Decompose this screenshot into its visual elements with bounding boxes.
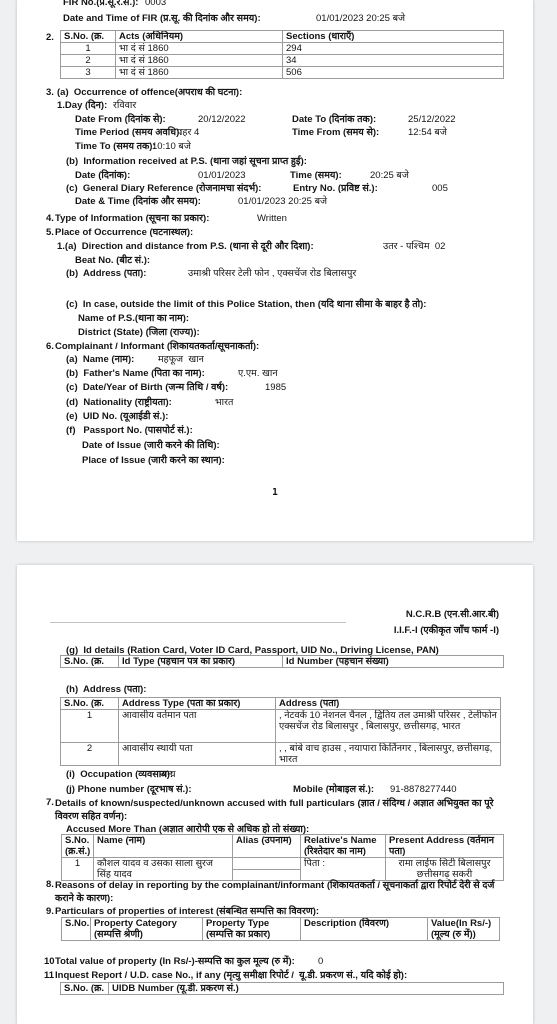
table-cell: 34 (283, 55, 504, 67)
col-header-sno: S.No. (क्र. (61, 983, 109, 995)
ps-name-label: Name of P.S.(थाना का नाम): (78, 313, 189, 324)
occurrence-heading: (a) Occurrence of offence(अपराध की घटना)… (57, 87, 242, 98)
col-header-id-type: Id Type (पहचान पत्र का प्रकार) (119, 656, 283, 668)
entry-no-label: Entry No. (प्रविष्ट सं.): (293, 183, 378, 194)
outside-limit-heading: (c) In case, outside the limit of this P… (66, 299, 426, 310)
col-header-value: Value(In Rs/-) (मूल्य (रु में)) (428, 918, 500, 941)
accused-details-heading: Details of known/suspected/unknown accus… (55, 797, 507, 823)
id-details-table: S.No. (क्र. Id Type (पहचान पत्र का प्रका… (60, 655, 504, 668)
page-number: 1 (17, 487, 533, 498)
table-cell: , नेटवर्क 10 नेशनल चैनल , द्वितिय तल उमा… (276, 710, 501, 743)
table-row: 2 आवासीय स्थायी पता , , बांबे वाच हाउस ,… (61, 743, 501, 766)
section-8-number: 8. (46, 879, 54, 890)
accused-table: S.No. (क्र.सं.) Name (नाम) Alias (उपनाम)… (61, 834, 504, 881)
table-cell: 3 (61, 67, 116, 79)
phone-label: (j) Phone number (दूरभाष सं.): (66, 784, 192, 795)
table-row: 2 भा दं सं 1860 34 (61, 55, 504, 67)
col-header-acts: Acts (अधिनियम) (116, 31, 283, 43)
table-cell: 2 (61, 743, 119, 766)
time-to-label: Time To (समय तक): (75, 141, 156, 152)
time-period-label: Time Period (समय अवधि): (75, 127, 182, 138)
time-received-value: 20:25 बजे (370, 170, 409, 181)
fir-datetime-label: Date and Time of FIR (प्र.सू. की दिनांक … (63, 13, 261, 24)
address-label: (b) Address (पता): (66, 268, 146, 279)
complainant-heading: Complainant / Informant (शिकायतकर्ता/सूच… (55, 341, 259, 352)
fir-datetime-value: 01/01/2023 20:25 बजे (316, 13, 405, 24)
nationality-label: (d) Nationality (राष्ट्रीयता): (66, 397, 172, 408)
table-cell: 506 (283, 67, 504, 79)
gd-reference-heading: (c) General Diary Reference (रोजनामचा सं… (66, 183, 261, 194)
address-section-heading: (h) Address (पता): (66, 684, 146, 695)
total-value-amount: 0 (318, 956, 323, 967)
info-type-value: Written (257, 213, 287, 224)
fir-no-value: 0003 (145, 0, 166, 8)
header-divider (50, 622, 346, 623)
col-header-sno: S.No. (62, 918, 91, 941)
col-header-property-type: Property Type (सम्पत्ति का प्रकार) (203, 918, 301, 941)
date-from-value: 20/12/2022 (198, 114, 246, 125)
ncrb-header: N.C.R.B (एन.सी.आर.बी) (17, 609, 499, 620)
col-header-alias: Alias (उपनाम) (233, 835, 301, 858)
info-received-heading: (b) Information received at P.S. (थाना ज… (66, 156, 307, 167)
section-6-number: 6. (46, 341, 54, 352)
table-row: 1 भा दं सं 1860 294 (61, 43, 504, 55)
table-header-row: S.No. (क्र. UIDB Number (यू.डी. प्रकरण स… (61, 983, 504, 995)
mobile-value: 91-8878277440 (390, 784, 457, 795)
col-header-sno: S.No. (क्र. (61, 31, 116, 43)
col-header-address: Address (पता) (276, 698, 501, 710)
day-value: रविवार (113, 100, 136, 111)
table-cell: आवासीय वर्तमान पता (119, 710, 276, 743)
table-cell: 1 (62, 858, 94, 881)
address-table: S.No. (क्र. Address Type (पता का प्रकार)… (60, 697, 501, 766)
table-cell: रामा लाईफ सिटी बिलासपुर छत्तीसगढ़ सकरी (386, 858, 504, 881)
entry-no-value: 005 (432, 183, 448, 194)
table-row: 1 आवासीय वर्तमान पता , नेटवर्क 10 नेशनल … (61, 710, 501, 743)
table-cell: 1 (61, 710, 119, 743)
col-header-description: Description (विवरण) (301, 918, 428, 941)
col-header-address-type: Address Type (पता का प्रकार) (119, 698, 276, 710)
father-name-label: (b) Father's Name (पिता का नाम): (66, 368, 205, 379)
place-heading: Place of Occurrence (घटनास्थल): (55, 227, 193, 238)
table-cell: भा दं सं 1860 (116, 55, 283, 67)
section-2-number: 2. (46, 32, 54, 43)
iif-header: I.I.F.-I (एकीकृत जाँच फार्म -I) (17, 625, 499, 636)
time-from-label: Time From (समय से): (292, 127, 379, 138)
col-header-sections: Sections (धाराएँ) (283, 31, 504, 43)
direction-value: उतर - पश्चिम 02 (383, 241, 445, 252)
mobile-label: Mobile (मोबाइल सं.): (293, 784, 374, 795)
table-cell: भा दं सं 1860 (116, 67, 283, 79)
col-header-sno: S.No. (क्र. (61, 698, 119, 710)
date-received-label: Date (दिनांक): (75, 170, 130, 181)
table-cell (233, 858, 301, 881)
table-header-row: S.No. Property Category (सम्पत्ति श्रेणी… (62, 918, 500, 941)
table-cell: 294 (283, 43, 504, 55)
col-header-present-address: Present Address (वर्तमान पता) (386, 835, 504, 858)
info-type-label: Type of Information (सूचना का प्रकार): (55, 213, 209, 224)
complainant-name-value: महफूज खान (158, 354, 204, 365)
table-cell: कौशल यादव व उसका साला सुरज सिंह यादव (94, 858, 233, 881)
date-received-value: 01/01/2023 (198, 170, 246, 181)
col-header-name: Name (नाम) (94, 835, 233, 858)
father-name-value: ए.एम. खान (238, 368, 278, 379)
address-value: उमाश्री परिसर टेली फोन , एक्सचेंज रोड बि… (188, 268, 356, 279)
col-header-uidb-number: UIDB Number (यू.डी. प्रकरण सं.) (109, 983, 504, 995)
section-11-number: 11 (44, 970, 54, 981)
table-cell: , , बांबे वाच हाउस , नयापारा किर्तिनगर ,… (276, 743, 501, 766)
table-header-row: S.No. (क्र. Id Type (पहचान पत्र का प्रका… (61, 656, 504, 668)
nationality-value: भारत (215, 397, 233, 408)
table-cell: 2 (61, 55, 116, 67)
total-value-label: Total value of property (In Rs/-)-सम्पत्… (55, 956, 295, 967)
table-header-row: S.No. (क्र. Acts (अधिनियम) Sections (धार… (61, 31, 504, 43)
beat-no-label: Beat No. (बीट सं.): (75, 255, 150, 266)
district-label: District (State) (जिला (राज्य)): (78, 327, 200, 338)
fir-document-view: { "p1": { "fir_no": {"label": "FIR No.(प… (0, 0, 557, 1024)
time-received-label: Time (समय): (290, 170, 342, 181)
properties-heading: Particulars of properties of interest (स… (55, 906, 319, 917)
direction-label: 1.(a) Direction and distance from P.S. (… (57, 241, 314, 252)
delay-reasons-heading: Reasons of delay in reporting by the com… (55, 879, 507, 905)
inquest-report-heading: Inquest Report / U.D. case No., if any (… (55, 970, 407, 981)
fir-page-1: FIR No.(प्र.सू.र.सं.): 0003 Date and Tim… (17, 0, 533, 541)
section-7-number: 7. (46, 797, 54, 808)
complainant-name-label: (a) Name (नाम): (66, 354, 134, 365)
passport-no-label: (f) Passport No. (पासपोर्ट सं.): (66, 425, 193, 436)
date-to-label: Date To (दिनांक तक): (292, 114, 376, 125)
time-from-value: 12:54 बजे (408, 127, 447, 138)
occupation-value: अन्य (160, 769, 176, 780)
section-4-number: 4. (46, 213, 54, 224)
gd-datetime-label: Date & Time (दिनांक और समय): (75, 196, 201, 207)
section-9-number: 9. (46, 906, 54, 917)
properties-table: S.No. Property Category (सम्पत्ति श्रेणी… (61, 917, 500, 941)
date-to-value: 25/12/2022 (408, 114, 456, 125)
table-cell: 1 (61, 43, 116, 55)
fir-page-2: N.C.R.B (एन.सी.आर.बी) I.I.F.-I (एकीकृत ज… (17, 565, 533, 1024)
cell-divider (233, 869, 301, 870)
col-header-sno: S.No. (क्र.सं.) (62, 835, 94, 858)
col-header-sno: S.No. (क्र. (61, 656, 119, 668)
day-label: 1.Day (दिन): (57, 100, 107, 111)
occupation-label: (i) Occupation (व्यवसाय): (66, 769, 173, 780)
acts-sections-table: S.No. (क्र. Acts (अधिनियम) Sections (धार… (60, 30, 504, 79)
dob-label: (c) Date/Year of Birth (जन्म तिथि / वर्ष… (66, 382, 228, 393)
issue-date-label: Date of Issue (जारी करने की तिथि): (82, 440, 220, 451)
fir-no-label: FIR No.(प्र.सू.र.सं.): (63, 0, 138, 8)
table-cell: भा दं सं 1860 (116, 43, 283, 55)
time-to-value: 10:10 बजे (152, 141, 191, 152)
time-period-value: पहर 4 (177, 127, 199, 138)
table-header-row: S.No. (क्र.सं.) Name (नाम) Alias (उपनाम)… (62, 835, 504, 858)
section-3-number: 3. (46, 87, 54, 98)
col-header-id-number: Id Number (पहचान संख्या) (283, 656, 504, 668)
table-cell: आवासीय स्थायी पता (119, 743, 276, 766)
table-row: 1 कौशल यादव व उसका साला सुरज सिंह यादव प… (62, 858, 504, 881)
section-5-number: 5. (46, 227, 54, 238)
issue-place-label: Place of Issue (जारी करने का स्थान): (82, 455, 225, 466)
uidb-table: S.No. (क्र. UIDB Number (यू.डी. प्रकरण स… (60, 982, 504, 995)
table-row: 3 भा दं सं 1860 506 (61, 67, 504, 79)
gd-datetime-value: 01/01/2023 20:25 बजे (238, 196, 327, 207)
col-header-relatives-name: Relative's Name (रिश्तेदार का नाम) (301, 835, 386, 858)
table-cell: पिता : (301, 858, 386, 881)
table-header-row: S.No. (क्र. Address Type (पता का प्रकार)… (61, 698, 501, 710)
dob-value: 1985 (265, 382, 286, 393)
uid-no-label: (e) UID No. (यूआईडी सं.): (66, 411, 168, 422)
date-from-label: Date From (दिनांक से): (75, 114, 166, 125)
section-10-number: 10 (44, 956, 55, 967)
col-header-property-category: Property Category (सम्पत्ति श्रेणी) (91, 918, 203, 941)
